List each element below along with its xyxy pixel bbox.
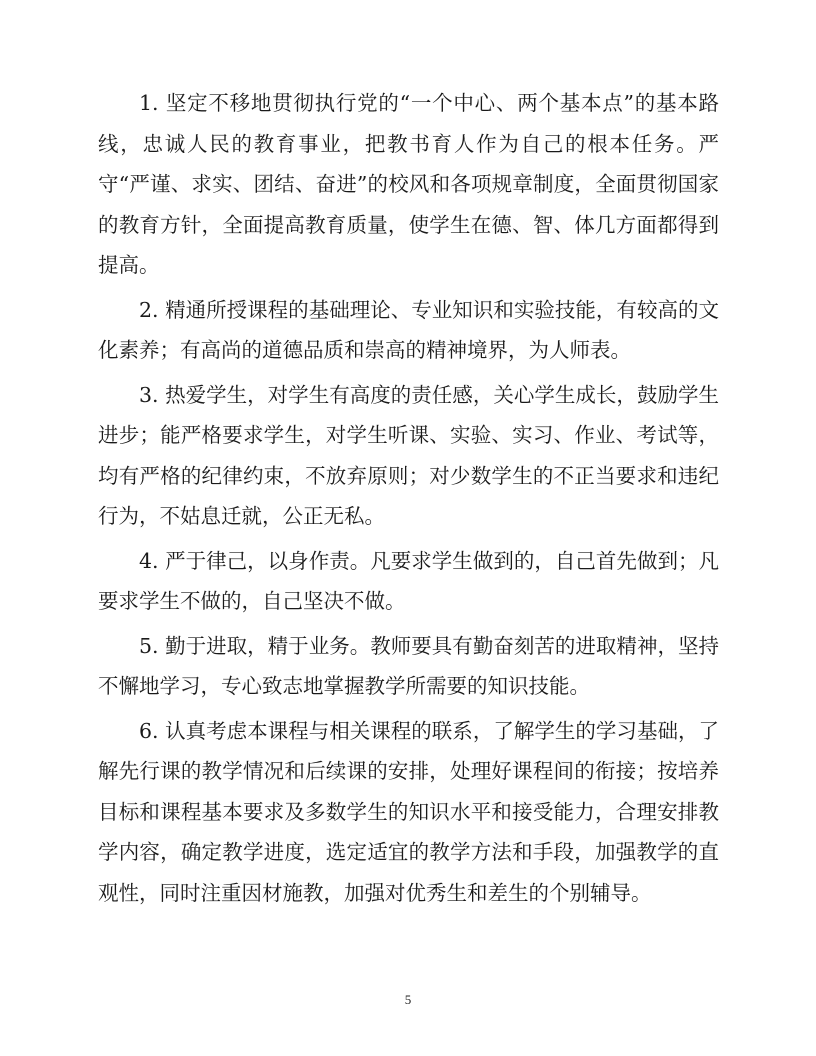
paragraph-2: 2. 精通所授课程的基础理论、专业知识和实验技能，有较高的文化素养；有高尚的道德…	[98, 290, 719, 371]
paragraph-3: 3. 热爱学生，对学生有高度的责任感，关心学生成长，鼓励学生进步；能严格要求学生…	[98, 375, 719, 537]
paragraph-1: 1. 坚定不移地贯彻执行党的“一个中心、两个基本点”的基本路线，忠诚人民的教育事…	[98, 83, 719, 286]
paragraph-6: 6. 认真考虑本课程与相关课程的联系，了解学生的学习基础，了解先行课的教学情况和…	[98, 711, 719, 914]
page-number: 5	[0, 992, 816, 1008]
document-body: 1. 坚定不移地贯彻执行党的“一个中心、两个基本点”的基本路线，忠诚人民的教育事…	[98, 83, 719, 917]
paragraph-4: 4. 严于律己，以身作责。凡要求学生做到的，自己首先做到；凡要求学生不做的，自己…	[98, 541, 719, 622]
paragraph-5: 5. 勤于进取，精于业务。教师要具有勤奋刻苦的进取精神，坚持不懈地学习，专心致志…	[98, 626, 719, 707]
